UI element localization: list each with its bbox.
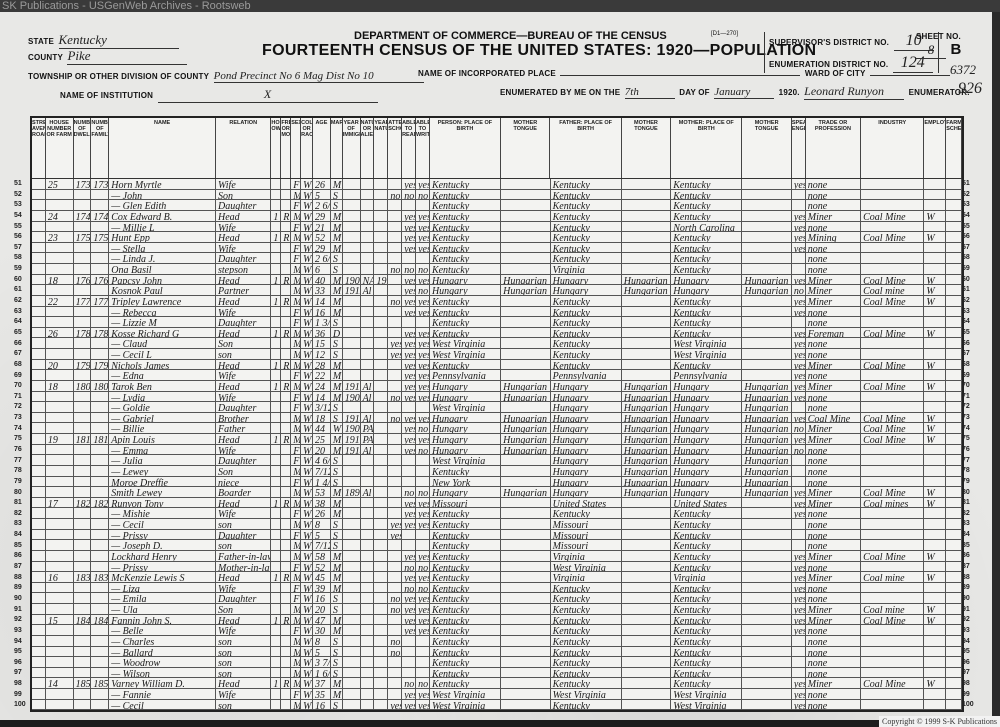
cell-sex: M: [291, 657, 301, 667]
cell-mmt: [742, 360, 791, 370]
cell-fpob: Kentucky: [551, 317, 622, 327]
cell-mpob: Pennsylvania: [671, 370, 742, 380]
cell-sex: M: [291, 328, 301, 338]
cell-imm: [343, 232, 361, 242]
cell-eng: yes: [792, 232, 806, 242]
left-line-number: 57: [14, 244, 22, 251]
cell-occ: none: [806, 668, 861, 678]
cell-own: 1: [271, 211, 281, 221]
cell-ind: Coal mine: [861, 285, 924, 295]
cell-rd: yes: [402, 498, 416, 508]
cell-emp: [924, 508, 946, 518]
cell-wr: yes: [416, 232, 430, 242]
cell-yn: [374, 583, 388, 593]
cell-pob: Hungary: [430, 275, 501, 285]
right-line-number: 67: [962, 350, 970, 357]
cell-fmt: [622, 243, 671, 253]
cell-wr: [416, 253, 430, 263]
cell-mort: [281, 657, 291, 667]
cell-mt: [501, 200, 550, 210]
cell-mt: [501, 498, 550, 508]
cell-rel: Head: [216, 381, 271, 391]
cell-ind: [861, 349, 924, 359]
cell-own: [271, 593, 281, 603]
column-header-21: Father: Place of birth: [550, 118, 621, 178]
cell-yn: [374, 370, 388, 380]
cell-imm: [343, 625, 361, 635]
cell-name: Varney William D.: [109, 678, 216, 688]
cell-blank: [946, 445, 962, 455]
cell-wr: [416, 317, 430, 327]
cell-pob: Kentucky: [430, 211, 501, 221]
cell-nat: Al: [361, 487, 375, 497]
cell-sch: [388, 477, 402, 487]
table-row: — StellaWifeFW29MyesyesKentuckyKentuckyK…: [32, 243, 962, 254]
cell-fpob: Kentucky: [551, 338, 622, 348]
cell-occ: none: [806, 264, 861, 274]
column-header-24: Mother tongue: [742, 118, 791, 178]
cell-age: 45: [313, 572, 331, 582]
cell-dw: [74, 636, 92, 646]
cell-ind: [861, 466, 924, 476]
cell-fpob: Hungary: [551, 275, 622, 285]
cell-fmt: Hungarian: [622, 466, 671, 476]
cell-dw: [74, 200, 92, 210]
cell-mt: [501, 508, 550, 518]
left-line-number: 75: [14, 435, 22, 442]
cell-mar: M: [331, 232, 343, 242]
cell-blank: [32, 551, 46, 561]
cell-own: [271, 285, 281, 295]
left-line-number: 86: [14, 552, 22, 559]
cell-fam: 181: [91, 434, 109, 444]
cell-nat: [361, 604, 375, 614]
cell-fpob: Kentucky: [551, 668, 622, 678]
table-row: — EmmaWifeFW20M1914AlyesnoHungaryHungari…: [32, 445, 962, 456]
cell-pob: Kentucky: [430, 508, 501, 518]
cell-dw: [74, 338, 92, 348]
cell-occ: Miner: [806, 615, 861, 625]
right-line-number: 69: [962, 372, 970, 379]
cell-sch: yes: [388, 349, 402, 359]
right-line-number: 66: [962, 340, 970, 347]
cell-fpob: Hungary: [551, 423, 622, 433]
cell-rd: yes: [402, 222, 416, 232]
cell-blank: [32, 296, 46, 306]
cell-own: [271, 466, 281, 476]
cell-rel: Daughter: [216, 317, 271, 327]
right-line-number: 84: [962, 531, 970, 538]
cell-rd: yes: [402, 434, 416, 444]
cell-name: — Prissy: [109, 562, 216, 572]
right-line-number: 82: [962, 510, 970, 517]
cell-mmt: Hungarian: [742, 381, 791, 391]
cell-race: W: [301, 232, 313, 242]
cell-mpob: Kentucky: [671, 625, 742, 635]
cell-pob: Hungary: [430, 381, 501, 391]
cell-fpob: Kentucky: [551, 232, 622, 242]
column-header-19: Person: Place of birth: [430, 118, 501, 178]
cell-wr: yes: [416, 551, 430, 561]
cell-rd: [402, 477, 416, 487]
cell-fpob: Hungary: [551, 285, 622, 295]
cell-sch: [388, 317, 402, 327]
cell-race: W: [301, 604, 313, 614]
cell-mt: [501, 689, 550, 699]
cell-race: W: [301, 572, 313, 582]
left-line-number: 89: [14, 584, 22, 591]
cell-dw: 185: [74, 678, 92, 688]
cell-rel: Daughter: [216, 455, 271, 465]
cell-wr: yes: [416, 296, 430, 306]
cell-dw: [74, 222, 92, 232]
cell-mpob: Kentucky: [671, 562, 742, 572]
column-header-14: Naturalized or alien: [361, 118, 375, 178]
cell-mpob: Hungary: [671, 487, 742, 497]
cell-fpob: Kentucky: [551, 243, 622, 253]
cell-emp: W: [924, 360, 946, 370]
cell-rel: son: [216, 700, 271, 710]
cell-rel: Daughter: [216, 593, 271, 603]
cell-mmt: Hungarian: [742, 423, 791, 433]
table-row: Smith LeweyBoarderMW53M1898AlnonoHungary…: [32, 487, 962, 498]
right-line-number: 85: [962, 542, 970, 549]
cell-blank: [946, 232, 962, 242]
cell-rel: Son: [216, 190, 271, 200]
right-line-number: 88: [962, 574, 970, 581]
cell-mort: [281, 370, 291, 380]
cell-house: [46, 445, 74, 455]
cell-race: W: [301, 338, 313, 348]
cell-mmt: [742, 625, 791, 635]
cell-dw: [74, 551, 92, 561]
cell-own: 1: [271, 296, 281, 306]
left-line-number: 67: [14, 350, 22, 357]
cell-dw: [74, 700, 92, 710]
cell-ind: [861, 392, 924, 402]
cell-occ: none: [806, 593, 861, 603]
cell-house: 19: [46, 434, 74, 444]
cell-wr: no: [416, 678, 430, 688]
cell-mt: [501, 519, 550, 529]
cell-mt: [501, 647, 550, 657]
cell-mar: M: [331, 285, 343, 295]
left-line-number: 81: [14, 499, 22, 506]
cell-race: W: [301, 423, 313, 433]
cell-blank: [32, 360, 46, 370]
cell-imm: [343, 668, 361, 678]
cell-pob: West Virginia: [430, 402, 501, 412]
cell-fam: [91, 477, 109, 487]
cell-age: 7/12: [313, 540, 331, 550]
cell-eng: yes: [792, 296, 806, 306]
cell-rel: Head: [216, 275, 271, 285]
left-line-number: 87: [14, 563, 22, 570]
cell-own: 1: [271, 232, 281, 242]
cell-sch: no: [388, 190, 402, 200]
right-line-number: 57: [962, 244, 970, 251]
table-row: — UlaSonMW20SnoyesyesKentuckyKentuckyKen…: [32, 604, 962, 615]
left-line-number: 77: [14, 457, 22, 464]
cell-nat: [361, 296, 375, 306]
cell-blank: [32, 466, 46, 476]
cell-fpob: Virginia: [551, 572, 622, 582]
cell-pob: Kentucky: [430, 530, 501, 540]
cell-race: W: [301, 402, 313, 412]
cell-rd: no: [402, 583, 416, 593]
cell-ind: Coal Mine: [861, 232, 924, 242]
cell-race: W: [301, 700, 313, 710]
cell-rd: yes: [402, 349, 416, 359]
cell-yn: [374, 423, 388, 433]
cell-emp: [924, 307, 946, 317]
cell-mar: S: [331, 604, 343, 614]
cell-fmt: [622, 689, 671, 699]
cell-ind: Coal Mine: [861, 423, 924, 433]
left-line-number: 51: [14, 180, 22, 187]
cell-rel: Father-in-law: [216, 551, 271, 561]
cell-fmt: [622, 498, 671, 508]
cell-mt: [501, 296, 550, 306]
cell-race: W: [301, 307, 313, 317]
cell-blank: [32, 678, 46, 688]
cell-yn: [374, 700, 388, 710]
cell-mar: M: [331, 222, 343, 232]
cell-emp: [924, 530, 946, 540]
cell-mmt: [742, 562, 791, 572]
cell-mt: [501, 179, 550, 189]
cell-house: 23: [46, 232, 74, 242]
table-row: — EmilaDaughterFW16SnoyesyesKentuckyKent…: [32, 593, 962, 604]
cell-mt: [501, 349, 550, 359]
cell-yn: [374, 434, 388, 444]
cell-mpob: Hungary: [671, 413, 742, 423]
cell-eng: yes: [792, 179, 806, 189]
cell-imm: [343, 253, 361, 263]
cell-ind: Coal Mine: [861, 360, 924, 370]
cell-mort: [281, 423, 291, 433]
cell-sch: [388, 455, 402, 465]
cell-ind: [861, 338, 924, 348]
column-header-26: Trade or profession: [806, 118, 861, 178]
cell-own: [271, 455, 281, 465]
cell-nat: PA: [361, 423, 375, 433]
cell-imm: [343, 498, 361, 508]
cell-mt: Hungarian: [501, 392, 550, 402]
cell-mar: S: [331, 264, 343, 274]
cell-sex: F: [291, 477, 301, 487]
cell-mt: [501, 678, 550, 688]
cell-ind: [861, 190, 924, 200]
cell-name: Papcsy John: [109, 275, 216, 285]
cell-yn: [374, 317, 388, 327]
cell-house: [46, 423, 74, 433]
cell-race: W: [301, 551, 313, 561]
cell-nat: [361, 307, 375, 317]
cell-mpob: Kentucky: [671, 317, 742, 327]
sheet-value: 8: [916, 42, 946, 59]
cell-nat: [361, 466, 375, 476]
cell-emp: [924, 583, 946, 593]
right-line-number: 65: [962, 329, 970, 336]
cell-sex: M: [291, 434, 301, 444]
cell-emp: [924, 190, 946, 200]
cell-yn: [374, 179, 388, 189]
cell-fmt: Hungarian: [622, 413, 671, 423]
table-row: — BelleWifeFW30MyesyesKentuckyKentuckyKe…: [32, 625, 962, 636]
cell-mpob: Kentucky: [671, 668, 742, 678]
cell-rd: [402, 540, 416, 550]
cell-dw: [74, 477, 92, 487]
cell-wr: yes: [416, 222, 430, 232]
right-line-number: 60: [962, 276, 970, 283]
cell-rd: yes: [402, 211, 416, 221]
cell-wr: [416, 540, 430, 550]
cell-wr: yes: [416, 434, 430, 444]
cell-age: 1 6/12: [313, 668, 331, 678]
cell-race: W: [301, 540, 313, 550]
cell-sex: M: [291, 636, 301, 646]
left-line-number: 56: [14, 233, 22, 240]
cell-nat: [361, 593, 375, 603]
cell-yn: [374, 657, 388, 667]
cell-mpob: Kentucky: [671, 211, 742, 221]
cell-mmt: [742, 647, 791, 657]
cell-mt: [501, 572, 550, 582]
table-row: — Lizzie MDaughterFW1 3/12SKentuckyKentu…: [32, 317, 962, 328]
cell-pob: Kentucky: [430, 604, 501, 614]
cell-mort: R: [281, 678, 291, 688]
cell-pob: West Virginia: [430, 349, 501, 359]
cell-fmt: [622, 328, 671, 338]
cell-race: W: [301, 508, 313, 518]
cell-mt: [501, 243, 550, 253]
cell-mt: [501, 615, 550, 625]
cell-blank: [32, 349, 46, 359]
cell-dw: [74, 604, 92, 614]
cell-wr: yes: [416, 689, 430, 699]
cell-nat: [361, 572, 375, 582]
cell-mmt: [742, 604, 791, 614]
cell-dw: [74, 689, 92, 699]
cell-house: [46, 647, 74, 657]
column-header-10: Color or race: [301, 118, 313, 178]
cell-blank: [946, 455, 962, 465]
cell-eng: [792, 466, 806, 476]
cell-age: 26: [313, 179, 331, 189]
cell-pob: Hungary: [430, 413, 501, 423]
cell-sch: yes: [388, 519, 402, 529]
cell-mar: M: [331, 551, 343, 561]
cell-fmt: [622, 222, 671, 232]
cell-mmt: [742, 657, 791, 667]
table-row: 18176176Papcsy JohnHead1RMW40M1908NA1919…: [32, 275, 962, 286]
cell-house: 20: [46, 360, 74, 370]
cell-pob: Kentucky: [430, 200, 501, 210]
cell-mort: [281, 530, 291, 540]
cell-mort: R: [281, 328, 291, 338]
cell-house: [46, 636, 74, 646]
cell-name: Fannin John S.: [109, 615, 216, 625]
cell-rel: Wife: [216, 508, 271, 518]
cell-rd: yes: [402, 370, 416, 380]
day-of-label: day of: [679, 88, 710, 97]
cell-mpob: Kentucky: [671, 360, 742, 370]
cell-wr: yes: [416, 328, 430, 338]
cell-yn: [374, 243, 388, 253]
cell-yn: [374, 338, 388, 348]
cell-nat: Al: [361, 445, 375, 455]
cell-blank: [946, 593, 962, 603]
cell-ind: Coal Mine: [861, 551, 924, 561]
cell-yn: [374, 200, 388, 210]
cell-mpob: West Virginia: [671, 689, 742, 699]
cell-mort: [281, 317, 291, 327]
table-row: — PrissyDaughterFW5SyesKentuckyMissouriK…: [32, 530, 962, 541]
cell-ind: [861, 222, 924, 232]
cell-own: [271, 530, 281, 540]
cell-blank: [946, 370, 962, 380]
cell-mt: [501, 402, 550, 412]
cell-imm: [343, 402, 361, 412]
cell-dw: [74, 625, 92, 635]
cell-mar: D: [331, 328, 343, 338]
cell-rel: Wife: [216, 243, 271, 253]
cell-mort: [281, 668, 291, 678]
cell-own: [271, 540, 281, 550]
cell-fpob: Kentucky: [551, 625, 622, 635]
cell-nat: [361, 179, 375, 189]
cell-eng: [792, 668, 806, 678]
cell-emp: W: [924, 275, 946, 285]
cell-own: [271, 551, 281, 561]
cell-nat: Al: [361, 381, 375, 391]
cell-fam: [91, 338, 109, 348]
cell-name: — Billie: [109, 423, 216, 433]
cell-blank: [32, 423, 46, 433]
cell-age: 14: [313, 392, 331, 402]
table-row: — Linda J.DaughterFW2 6/12SKentuckyKentu…: [32, 253, 962, 264]
cell-sch: no: [388, 636, 402, 646]
cell-mmt: [742, 370, 791, 380]
cell-race: W: [301, 190, 313, 200]
cell-rd: yes: [402, 285, 416, 295]
cell-fmt: [622, 678, 671, 688]
cell-fam: 174: [91, 211, 109, 221]
cell-fmt: Hungarian: [622, 275, 671, 285]
cell-ind: [861, 540, 924, 550]
cell-blank: [946, 434, 962, 444]
cell-mpob: Kentucky: [671, 296, 742, 306]
right-line-number: 51: [962, 180, 970, 187]
cell-emp: [924, 253, 946, 263]
cell-race: W: [301, 519, 313, 529]
cell-fpob: Hungary: [551, 466, 622, 476]
cell-own: 1: [271, 615, 281, 625]
cell-eng: yes: [792, 583, 806, 593]
cell-yn: [374, 477, 388, 487]
cell-house: [46, 477, 74, 487]
cell-yn: [374, 562, 388, 572]
cell-own: 1: [271, 360, 281, 370]
cell-occ: none: [806, 190, 861, 200]
cell-occ: Miner: [806, 551, 861, 561]
cell-mmt: [742, 211, 791, 221]
cell-age: 1 4/12: [313, 477, 331, 487]
cell-emp: W: [924, 615, 946, 625]
cell-blank: [32, 668, 46, 678]
cell-mar: M: [331, 211, 343, 221]
